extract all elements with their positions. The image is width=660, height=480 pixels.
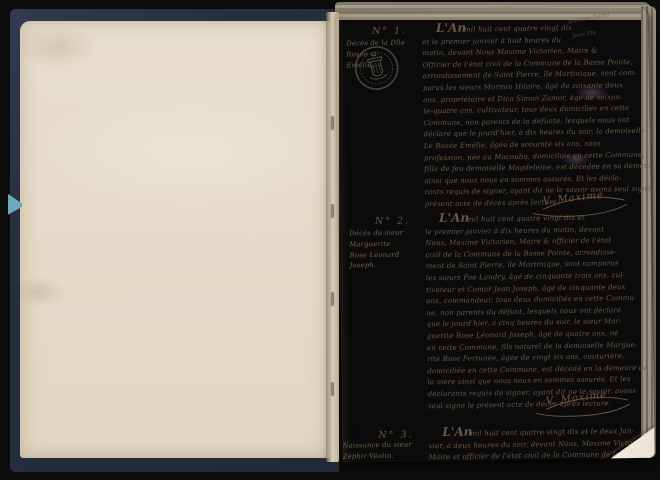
signature: V. Maxime <box>534 392 634 420</box>
act-entry-1: N° 1. Décès de la DlleRosée ci-Emélie. L… <box>336 22 651 223</box>
act-text-lines: mil huit cent quatre vingt dixet le prem… <box>422 22 651 211</box>
act-entry-3: N° 3. Naissance du sieurZéphir Véolin. L… <box>342 426 654 463</box>
right-manuscript-page: N° 1. Décès de la DlleRosée ci-Emélie. L… <box>336 6 655 463</box>
act-number: N° 2. <box>375 215 410 227</box>
act-opening-word: L'An <box>442 425 472 439</box>
act-body: L'An premier Juillet Jean Bte mil huit c… <box>422 22 651 211</box>
act-opening-word: L'An <box>439 211 469 225</box>
binding-stitch <box>331 116 334 129</box>
act-opening-word: L'An <box>436 21 466 35</box>
act-entry-2: N° 2. Décès du sieurMargueriteRose Léona… <box>339 212 654 423</box>
left-blank-page <box>20 21 330 458</box>
act-text-lines: mil huit cent quatre vingt dix etle prem… <box>425 212 654 413</box>
act-number: N° 1. <box>372 26 407 38</box>
scanned-register-photo: N° 1. Décès de la DlleRosée ci-Emélie. L… <box>0 0 660 480</box>
act-body: L'An mil huit cent quatre vingt dix etle… <box>425 212 654 413</box>
binding-stitch <box>331 204 334 217</box>
binding-stitch <box>331 382 334 395</box>
margin-note: Décès du sieurMargueriteRose LéonardJose… <box>349 227 426 271</box>
official-seal-stamp-icon <box>348 39 406 97</box>
binding-stitch <box>331 292 334 305</box>
margin-note: Naissance du sieurZéphir Véolin. <box>342 439 426 462</box>
